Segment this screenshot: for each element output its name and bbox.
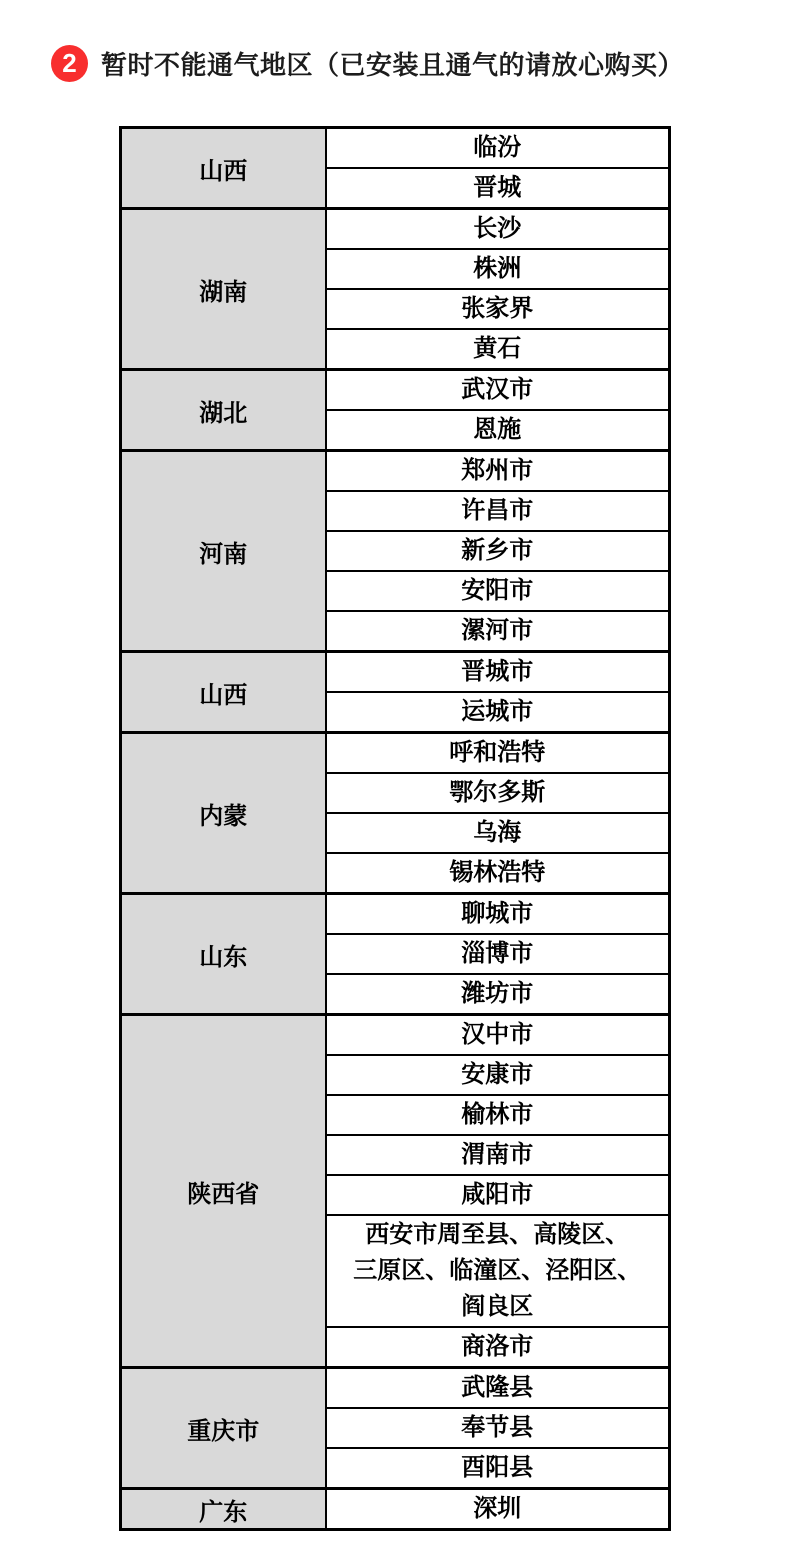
region-table: 山西临汾晋城湖南长沙株洲张家界黄石湖北武汉市恩施河南郑州市许昌市新乡市安阳市漯河… [119, 126, 671, 1531]
province-cell: 山西 [121, 652, 326, 733]
city-cell: 许昌市 [326, 491, 670, 531]
province-group: 广东深圳 [121, 1489, 670, 1530]
province-cell: 陕西省 [121, 1015, 326, 1368]
city-cell: 郑州市 [326, 451, 670, 492]
notice-header: 2 暂时不能通气地区（已安装且通气的请放心购买） [51, 45, 684, 82]
city-cell: 运城市 [326, 692, 670, 733]
city-cell: 潍坊市 [326, 974, 670, 1015]
city-cell: 长沙 [326, 209, 670, 250]
city-cell: 晋城 [326, 168, 670, 209]
city-cell: 聊城市 [326, 894, 670, 935]
table-row: 山西晋城市 [121, 652, 670, 693]
city-cell: 安康市 [326, 1055, 670, 1095]
table-row: 内蒙呼和浩特 [121, 733, 670, 774]
table-row: 陕西省汉中市 [121, 1015, 670, 1056]
city-cell: 榆林市 [326, 1095, 670, 1135]
city-cell: 锡林浩特 [326, 853, 670, 894]
province-group: 山西晋城市运城市 [121, 652, 670, 733]
province-group: 湖北武汉市恩施 [121, 370, 670, 451]
province-group: 重庆市武隆县奉节县酉阳县 [121, 1368, 670, 1489]
province-group: 内蒙呼和浩特鄂尔多斯乌海锡林浩特 [121, 733, 670, 894]
province-group: 河南郑州市许昌市新乡市安阳市漯河市 [121, 451, 670, 652]
table-row: 山西临汾 [121, 128, 670, 169]
province-group: 陕西省汉中市安康市榆林市渭南市咸阳市西安市周至县、高陵区、 三原区、临潼区、泾阳… [121, 1015, 670, 1368]
province-cell: 重庆市 [121, 1368, 326, 1489]
city-cell: 深圳 [326, 1489, 670, 1530]
page-title: 暂时不能通气地区（已安装且通气的请放心购买） [101, 45, 684, 82]
city-cell: 张家界 [326, 289, 670, 329]
province-group: 山东聊城市淄博市潍坊市 [121, 894, 670, 1015]
province-cell: 山东 [121, 894, 326, 1015]
province-cell: 湖南 [121, 209, 326, 370]
province-cell: 内蒙 [121, 733, 326, 894]
province-group: 湖南长沙株洲张家界黄石 [121, 209, 670, 370]
city-cell: 奉节县 [326, 1408, 670, 1448]
city-cell: 武隆县 [326, 1368, 670, 1409]
city-cell: 安阳市 [326, 571, 670, 611]
table-row: 湖北武汉市 [121, 370, 670, 411]
city-cell: 渭南市 [326, 1135, 670, 1175]
city-cell: 乌海 [326, 813, 670, 853]
city-cell: 漯河市 [326, 611, 670, 652]
province-cell: 广东 [121, 1489, 326, 1530]
table-row: 重庆市武隆县 [121, 1368, 670, 1409]
province-cell: 湖北 [121, 370, 326, 451]
city-cell: 黄石 [326, 329, 670, 370]
province-cell: 河南 [121, 451, 326, 652]
city-cell: 咸阳市 [326, 1175, 670, 1215]
city-cell: 商洛市 [326, 1327, 670, 1368]
table-row: 山东聊城市 [121, 894, 670, 935]
table-row: 河南郑州市 [121, 451, 670, 492]
table-row: 湖南长沙 [121, 209, 670, 250]
city-cell: 株洲 [326, 249, 670, 289]
city-cell: 酉阳县 [326, 1448, 670, 1489]
city-cell: 临汾 [326, 128, 670, 169]
city-cell: 新乡市 [326, 531, 670, 571]
province-group: 山西临汾晋城 [121, 128, 670, 209]
city-cell: 西安市周至县、高陵区、 三原区、临潼区、泾阳区、 阎良区 [326, 1215, 670, 1327]
city-cell: 武汉市 [326, 370, 670, 411]
number-badge-icon: 2 [51, 45, 88, 82]
page: { "header": { "badge_number": "2", "titl… [0, 0, 790, 1554]
city-cell: 恩施 [326, 410, 670, 451]
city-cell: 汉中市 [326, 1015, 670, 1056]
city-cell: 呼和浩特 [326, 733, 670, 774]
city-cell: 淄博市 [326, 934, 670, 974]
table-row: 广东深圳 [121, 1489, 670, 1530]
city-cell: 鄂尔多斯 [326, 773, 670, 813]
province-cell: 山西 [121, 128, 326, 209]
city-cell: 晋城市 [326, 652, 670, 693]
